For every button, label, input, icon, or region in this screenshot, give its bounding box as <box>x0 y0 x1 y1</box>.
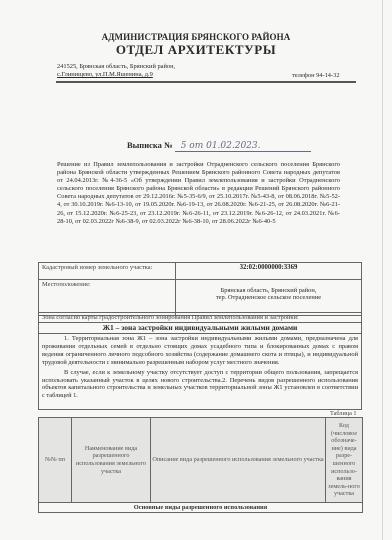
scanned-document-page: АДМИНИСТРАЦИЯ БРЯНСКОГО РАЙОНА ОТДЕЛ АРХ… <box>0 0 392 540</box>
extract-label: Выписка № <box>127 140 173 150</box>
location-row: Местоположение: Брянская область, Брянск… <box>39 280 362 316</box>
header-divider <box>56 81 356 83</box>
extract-title: Выписка № 5 от 01.02.2023. <box>127 140 311 152</box>
department-name: ОТДЕЛ АРХИТЕКТУРЫ <box>0 42 392 58</box>
permitted-use-table: №№ пп Наименование вида разрешенного исп… <box>38 417 363 513</box>
cadastral-label: Кадастровый номер земельного участка: <box>39 263 176 280</box>
parcel-table: Кадастровый номер земельного участка: 32… <box>38 262 362 316</box>
section-main-uses: Основные виды разрешенного использования <box>39 503 363 513</box>
address: 241525, Брянская область, Брянский район… <box>57 63 175 79</box>
address-line-1: 241525, Брянская область, Брянский район… <box>57 63 175 71</box>
zone-box: Зона согласно карты градостроительного з… <box>38 312 362 410</box>
header-use-name: Наименование вида разрешенного использов… <box>72 418 151 503</box>
zone-title: Ж1 – зона застройки индивидуальными жилы… <box>39 323 361 334</box>
table-header-row: №№ пп Наименование вида разрешенного исп… <box>39 418 363 503</box>
zone-paragraph-2: В случае, если к земельному участку отсу… <box>39 368 361 402</box>
phone: телефон 94-14-32 <box>292 72 340 79</box>
zone-paragraph-1: 1. Территориальная зона Ж1 – зона застро… <box>39 334 361 368</box>
location-label: Местоположение: <box>39 280 176 316</box>
location-value: Брянская область, Брянский район, тер. О… <box>176 280 362 316</box>
decision-paragraph: Решение из Правил землепользования и зас… <box>57 161 340 226</box>
org-name: АДМИНИСТРАЦИЯ БРЯНСКОГО РАЙОНА <box>0 32 392 42</box>
section-row: Основные виды разрешенного использования <box>39 503 363 513</box>
header-use-code: Код (числовое обозначе-ние) вида разре-ш… <box>326 418 363 503</box>
cadastral-row: Кадастровый номер земельного участка: 32… <box>39 263 362 280</box>
location-line-2: тер. Отрадненское сельское поселение <box>179 294 358 301</box>
address-line-2: с.Глинищево, ул.П.М.Яшенина, д.9 <box>57 71 175 79</box>
faint-stamp-marks <box>230 97 350 127</box>
cadastral-number: 32:02:0000000:3369 <box>176 263 362 280</box>
header-use-description: Описание вида разрешенного использования… <box>151 418 326 503</box>
extract-handwritten-number: 5 от 01.02.2023. <box>175 141 311 152</box>
zone-label: Зона согласно карты градостроительного з… <box>39 313 361 323</box>
page-edge <box>382 0 383 540</box>
location-line-1: Брянская область, Брянский район, <box>179 287 358 294</box>
header-number: №№ пп <box>39 418 72 503</box>
table-caption: Таблица 1 <box>330 410 356 417</box>
